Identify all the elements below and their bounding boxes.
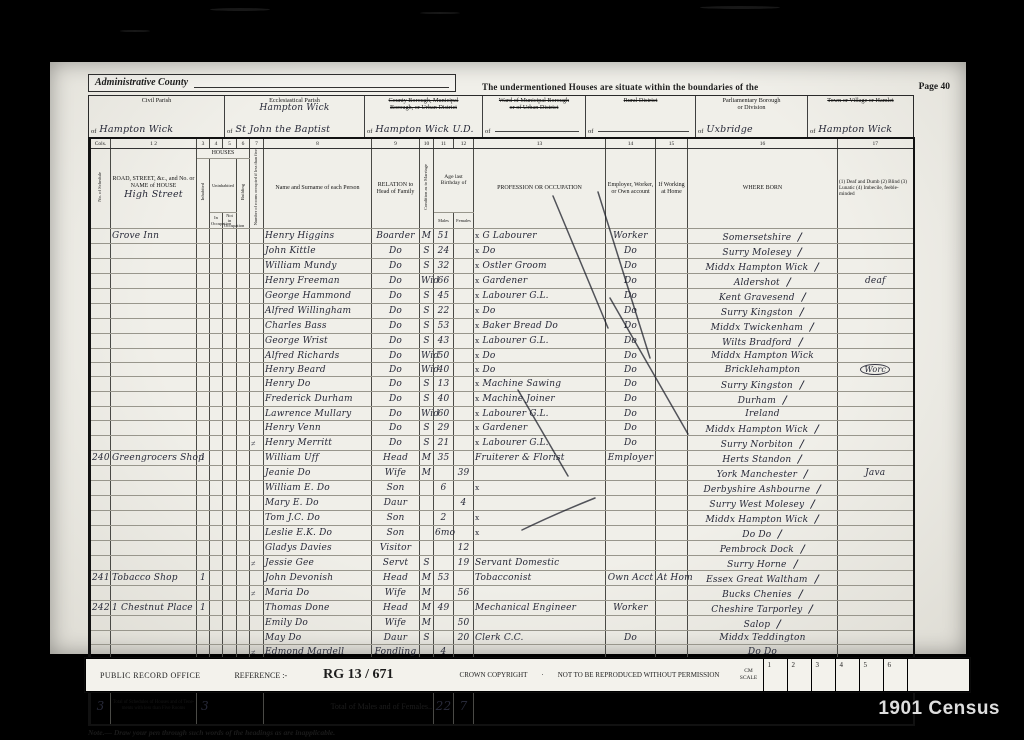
cross-mark: x (475, 321, 479, 330)
cell-inhabited (197, 556, 210, 571)
scan-smudge (120, 30, 150, 32)
cell-relation: Daur (372, 631, 420, 645)
cell-person-name: Charles Bass (264, 319, 372, 334)
cell-age-female (454, 289, 474, 304)
table-row: Mary E. DoDaur4Surry West Molesey/ (90, 496, 914, 511)
cell-house (111, 511, 197, 526)
cell-infirmity: Java (838, 466, 914, 481)
cell-rooms (250, 289, 264, 304)
cell-schedule (90, 645, 111, 659)
cell-uninhab-occupied (210, 377, 223, 392)
district-header-band: Civil ParishofHampton WickEcclesiastical… (88, 95, 914, 137)
cell-profession: Clerk C.C. (474, 631, 606, 645)
cell-person-name: Mary E. Do (264, 496, 372, 511)
district-value: Hampton Wick (818, 124, 892, 135)
cell-house (111, 334, 197, 349)
cell-age-female (454, 363, 474, 377)
cell-person-name: William Uff (264, 451, 372, 466)
cross-mark: x (475, 291, 479, 300)
table-row: Charles BassDoS53xBaker Bread DoDoMiddx … (90, 319, 914, 334)
cross-mark: x (475, 438, 479, 447)
cell-uninhab-occupied (210, 407, 223, 421)
cm-scale-end (907, 659, 943, 691)
cell-where-born: Derbyshire Ashbourne/ (688, 481, 838, 496)
cell-where-born: Durham/ (688, 392, 838, 407)
cell-house (111, 436, 197, 451)
enumerator-mark: ≠ (251, 589, 255, 598)
header-rooms: Number of rooms occupied if less than fi… (250, 149, 264, 229)
separator-dot: · (541, 671, 543, 679)
cell-infirmity: deaf (838, 274, 914, 289)
cell-relation: Head (372, 451, 420, 466)
cell-relation: Servt (372, 556, 420, 571)
cell-uninhab-occupied (210, 319, 223, 334)
cell-working-at-home (656, 334, 688, 349)
cell-working-at-home (656, 259, 688, 274)
cell-uninhab-not-occupied (223, 407, 237, 421)
administrative-county-box: Administrative County (88, 74, 456, 92)
cell-relation: Do (372, 304, 420, 319)
cell-uninhab-not-occupied (223, 244, 237, 259)
blank-rule (194, 77, 449, 88)
cell-where-born: Surry Kingston/ (688, 304, 838, 319)
cell-employer: Do (606, 274, 656, 289)
cell-age-female: 12 (454, 541, 474, 556)
cell-age-male: 13 (434, 377, 454, 392)
header-females: Females (454, 212, 474, 228)
cell-schedule (90, 259, 111, 274)
cell-condition: M (420, 616, 434, 631)
cell-age-female (454, 571, 474, 586)
cell-rooms (250, 601, 264, 616)
cell-age-male: 53 (434, 319, 454, 334)
table-row: ≠Edmond MardellFondling4Do Do (90, 645, 914, 659)
cell-building (237, 571, 250, 586)
cell-uninhab-not-occupied (223, 392, 237, 407)
cell-age-male (434, 616, 454, 631)
houses-total: 3 (197, 687, 264, 725)
cell-relation: Do (372, 319, 420, 334)
cell-building (237, 421, 250, 436)
cell-building (237, 363, 250, 377)
cell-profession: xMachine Joiner (474, 392, 606, 407)
cell-building (237, 451, 250, 466)
cell-working-at-home (656, 645, 688, 659)
scan-smudge (700, 6, 780, 9)
column-number: 5 (223, 138, 237, 149)
district-cell: Rural Districtof (586, 96, 696, 137)
cross-mark: x (475, 528, 479, 537)
cell-person-name: George Wrist (264, 334, 372, 349)
cell-uninhab-not-occupied (223, 511, 237, 526)
cell-where-born: Surry Molesey/ (688, 244, 838, 259)
cell-working-at-home (656, 526, 688, 541)
header-name: Name and Surname of each Person (264, 149, 372, 229)
cell-profession: xLabourer G.L. (474, 436, 606, 451)
cell-age-female (454, 229, 474, 244)
cell-age-female (454, 377, 474, 392)
cell-uninhab-occupied (210, 586, 223, 601)
cell-rooms (250, 481, 264, 496)
cell-age-female: 50 (454, 616, 474, 631)
cell-uninhab-not-occupied (223, 421, 237, 436)
cell-where-born: Salop/ (688, 616, 838, 631)
header-road: ROAD, STREET, &c., and No. or NAME of HO… (111, 149, 197, 229)
cell-schedule (90, 436, 111, 451)
cell-infirmity (838, 526, 914, 541)
cell-working-at-home (656, 451, 688, 466)
cell-rooms (250, 349, 264, 363)
cell-infirmity (838, 511, 914, 526)
table-row: John KittleDoS24xDoDoSurry Molesey/ (90, 244, 914, 259)
cell-person-name: Edmond Mardell (264, 645, 372, 659)
cell-building (237, 436, 250, 451)
cell-house: Tobacco Shop (111, 571, 197, 586)
cell-condition (420, 481, 434, 496)
cell-schedule (90, 377, 111, 392)
cell-building (237, 392, 250, 407)
cell-relation: Head (372, 601, 420, 616)
cell-uninhab-occupied (210, 259, 223, 274)
cell-building (237, 319, 250, 334)
table-row: ≠Jessie GeeServtS19Servant DomesticSurry… (90, 556, 914, 571)
cell-condition: Wid (420, 274, 434, 289)
cell-profession: xG Labourer (474, 229, 606, 244)
cell-infirmity (838, 616, 914, 631)
cell-profession (474, 616, 606, 631)
cell-uninhab-not-occupied (223, 496, 237, 511)
cell-rooms (250, 304, 264, 319)
cell-where-born: Kent Gravesend/ (688, 289, 838, 304)
cell-relation: Do (372, 289, 420, 304)
cell-where-born: Cheshire Tarporley/ (688, 601, 838, 616)
cell-building (237, 481, 250, 496)
cell-person-name: Henry Venn (264, 421, 372, 436)
cell-employer: Do (606, 363, 656, 377)
cell-condition: S (420, 259, 434, 274)
cell-building (237, 466, 250, 481)
cell-infirmity (838, 334, 914, 349)
cell-profession: xDo (474, 349, 606, 363)
cm-scale-label: CM SCALE (737, 668, 759, 681)
males-total: 22 (434, 687, 454, 725)
cell-rooms (250, 229, 264, 244)
cell-rooms (250, 511, 264, 526)
cell-condition (420, 541, 434, 556)
cell-rooms (250, 571, 264, 586)
district-value: Uxbridge (706, 124, 752, 135)
column-number: 1 2 (111, 138, 197, 149)
cell-infirmity (838, 631, 914, 645)
cell-age-male: 22 (434, 304, 454, 319)
cell-age-male: 43 (434, 334, 454, 349)
cell-where-born: Aldershot/ (688, 274, 838, 289)
cell-condition: S (420, 421, 434, 436)
column-number: 10 (420, 138, 434, 149)
cell-schedule (90, 407, 111, 421)
cell-relation: Visitor (372, 541, 420, 556)
cell-uninhab-not-occupied (223, 436, 237, 451)
cell-working-at-home: At Hom (656, 571, 688, 586)
cell-age-female (454, 304, 474, 319)
blank-rule (598, 123, 689, 132)
cm-scale-ruler: 123456 (763, 659, 943, 691)
road-street-value: High Street (112, 190, 195, 201)
cell-person-name: Henry Merritt (264, 436, 372, 451)
cell-schedule (90, 511, 111, 526)
cell-house (111, 526, 197, 541)
cell-condition (420, 511, 434, 526)
cell-where-born: Surry Norbiton/ (688, 436, 838, 451)
cell-person-name: Jeanie Do (264, 466, 372, 481)
cell-employer (606, 556, 656, 571)
cell-rooms (250, 451, 264, 466)
cell-schedule (90, 229, 111, 244)
cell-employer: Worker (606, 601, 656, 616)
cell-rooms: ≠ (250, 586, 264, 601)
cell-schedule: 240 (90, 451, 111, 466)
cell-uninhab-not-occupied (223, 451, 237, 466)
totals-row: 3 Total of Schedules of Houses and of Te… (90, 687, 914, 725)
cell-house (111, 586, 197, 601)
schedule-total: 3 (90, 687, 111, 725)
cell-rooms: ≠ (250, 645, 264, 659)
footer-bar: PUBLIC RECORD OFFICE REFERENCE :- RG 13 … (85, 658, 970, 692)
cross-mark: x (475, 483, 479, 492)
cell-age-male (434, 586, 454, 601)
cell-infirmity (838, 407, 914, 421)
cell-inhabited (197, 631, 210, 645)
cross-mark: x (475, 423, 479, 432)
cell-where-born: Do Do (688, 645, 838, 659)
enumerator-mark: ≠ (251, 648, 255, 657)
cell-age-female: 4 (454, 496, 474, 511)
cell-employer: Do (606, 436, 656, 451)
cell-age-male (434, 496, 454, 511)
cell-person-name: Alfred Willingham (264, 304, 372, 319)
cell-age-female (454, 526, 474, 541)
cm-scale-segment: 2 (787, 659, 811, 691)
cell-where-born: Essex Great Waltham/ (688, 571, 838, 586)
cell-house: 1 Chestnut Place (111, 601, 197, 616)
cell-uninhab-not-occupied (223, 274, 237, 289)
cell-profession: Tobacconist (474, 571, 606, 586)
column-number: 8 (264, 138, 372, 149)
cell-inhabited (197, 244, 210, 259)
cell-building (237, 526, 250, 541)
cell-working-at-home (656, 363, 688, 377)
cell-age-male: 24 (434, 244, 454, 259)
cell-uninhab-not-occupied (223, 556, 237, 571)
cell-infirmity (838, 319, 914, 334)
cell-inhabited (197, 349, 210, 363)
cell-rooms (250, 244, 264, 259)
cell-relation: Boarder (372, 229, 420, 244)
cell-schedule (90, 586, 111, 601)
cell-rooms (250, 407, 264, 421)
cross-mark: x (475, 306, 479, 315)
cell-employer: Do (606, 289, 656, 304)
district-cell: Ward of Municipal Boroughor of Urban Dis… (483, 96, 586, 137)
cell-schedule (90, 466, 111, 481)
totals-blank (474, 687, 914, 725)
cell-relation: Daur (372, 496, 420, 511)
cell-inhabited (197, 304, 210, 319)
cell-person-name: Leslie E.K. Do (264, 526, 372, 541)
cell-uninhab-not-occupied (223, 526, 237, 541)
cell-schedule (90, 363, 111, 377)
cell-building (237, 645, 250, 659)
cell-age-male: 32 (434, 259, 454, 274)
cell-uninhab-not-occupied (223, 631, 237, 645)
header-relation: RELATION to Head of Family (372, 149, 420, 229)
cell-working-at-home (656, 392, 688, 407)
table-row: ≠Maria DoWifeM56Bucks Chenies/ (90, 586, 914, 601)
cell-where-born: Pembrock Dock/ (688, 541, 838, 556)
cell-uninhab-occupied (210, 481, 223, 496)
cell-age-male: 49 (434, 601, 454, 616)
cell-house (111, 466, 197, 481)
cell-employer (606, 526, 656, 541)
header-at-home: If Working at Home (656, 149, 688, 229)
cell-employer: Employer (606, 451, 656, 466)
cell-profession: x (474, 526, 606, 541)
cell-age-female (454, 334, 474, 349)
cell-uninhab-occupied (210, 645, 223, 659)
cell-profession: xGardener (474, 274, 606, 289)
table-row: Henry VennDoS29xGardenerDoMiddx Hampton … (90, 421, 914, 436)
cell-uninhab-not-occupied (223, 289, 237, 304)
cell-person-name: Thomas Done (264, 601, 372, 616)
cell-condition: Wid (420, 363, 434, 377)
cell-house (111, 407, 197, 421)
cell-employer (606, 466, 656, 481)
cell-building (237, 259, 250, 274)
cell-house (111, 319, 197, 334)
census-tbody: Grove InnHenry HigginsBoarderM51xG Labou… (90, 229, 914, 688)
cell-building (237, 334, 250, 349)
cell-rooms: ≠ (250, 556, 264, 571)
cell-building (237, 349, 250, 363)
header-inhabited: Inhabited (197, 159, 210, 229)
cell-house (111, 556, 197, 571)
cell-where-born: Middx Teddington (688, 631, 838, 645)
cell-rooms (250, 392, 264, 407)
cell-relation: Son (372, 526, 420, 541)
cell-age-female (454, 421, 474, 436)
table-row: William E. DoSon6xDerbyshire Ashbourne/ (90, 481, 914, 496)
cell-house (111, 496, 197, 511)
cell-schedule (90, 631, 111, 645)
cell-rooms (250, 377, 264, 392)
table-row: Leslie E.K. DoSon6moxDo Do/ (90, 526, 914, 541)
cross-mark: x (475, 261, 479, 270)
cell-person-name: Emily Do (264, 616, 372, 631)
cell-working-at-home (656, 229, 688, 244)
cell-age-male: 6mo (434, 526, 454, 541)
cell-person-name: Henry Higgins (264, 229, 372, 244)
column-number: 3 (197, 138, 210, 149)
cell-house (111, 289, 197, 304)
header-houses-group: HOUSES (197, 149, 250, 159)
cell-building (237, 377, 250, 392)
cell-uninhab-occupied (210, 244, 223, 259)
cell-condition: M (420, 451, 434, 466)
cell-uninhab-occupied (210, 541, 223, 556)
cell-inhabited (197, 526, 210, 541)
cell-uninhab-occupied (210, 363, 223, 377)
cell-uninhab-occupied (210, 421, 223, 436)
cell-rooms (250, 319, 264, 334)
cell-relation: Do (372, 436, 420, 451)
cell-infirmity (838, 229, 914, 244)
cell-rooms (250, 259, 264, 274)
check-tick: / (797, 587, 804, 602)
district-value: Hampton Wick U.D. (375, 124, 473, 135)
cm-scale-segment: 3 (811, 659, 835, 691)
cell-where-born: Do Do/ (688, 526, 838, 541)
cell-infirmity: Worc (838, 363, 914, 377)
cell-infirmity (838, 556, 914, 571)
cell-rooms (250, 616, 264, 631)
cell-house (111, 363, 197, 377)
cross-mark: x (475, 351, 479, 360)
cell-house (111, 377, 197, 392)
cell-building (237, 586, 250, 601)
cell-where-born: Surry Horne/ (688, 556, 838, 571)
cell-age-male: 51 (434, 229, 454, 244)
cell-working-at-home (656, 244, 688, 259)
column-number: 4 (210, 138, 223, 149)
cell-schedule (90, 289, 111, 304)
cross-mark: x (475, 276, 479, 285)
cell-age-male (434, 631, 454, 645)
check-tick: / (800, 290, 807, 305)
cell-schedule (90, 392, 111, 407)
cell-profession: xOstler Groom (474, 259, 606, 274)
cell-building (237, 511, 250, 526)
cell-employer (606, 511, 656, 526)
cell-working-at-home (656, 274, 688, 289)
cell-house (111, 541, 197, 556)
table-row: Alfred RichardsDoWid50xDoDoMiddx Hampton… (90, 349, 914, 363)
cell-employer: Do (606, 259, 656, 274)
cell-person-name: Jessie Gee (264, 556, 372, 571)
cm-scale-segment: 1 (763, 659, 787, 691)
cell-employer: Do (606, 334, 656, 349)
cell-infirmity (838, 481, 914, 496)
watermark-1901-census: 1901 Census (878, 698, 1000, 720)
cell-uninhab-occupied (210, 571, 223, 586)
cell-profession: x (474, 511, 606, 526)
cell-age-female: 19 (454, 556, 474, 571)
cell-age-male: 29 (434, 421, 454, 436)
header-employer: Employer, Worker, or Own account (606, 149, 656, 229)
blank-rule (495, 123, 579, 132)
cell-age-female (454, 244, 474, 259)
check-tick: / (776, 617, 783, 632)
cell-employer: Do (606, 421, 656, 436)
cell-house (111, 421, 197, 436)
cell-working-at-home (656, 601, 688, 616)
cell-condition: M (420, 586, 434, 601)
cell-schedule (90, 526, 111, 541)
cell-inhabited (197, 363, 210, 377)
cell-condition: M (420, 466, 434, 481)
cell-uninhab-not-occupied (223, 466, 237, 481)
cell-where-born: Middx Hampton Wick/ (688, 259, 838, 274)
district-label: County Borough, MunicipalBorough, or Urb… (367, 97, 480, 112)
